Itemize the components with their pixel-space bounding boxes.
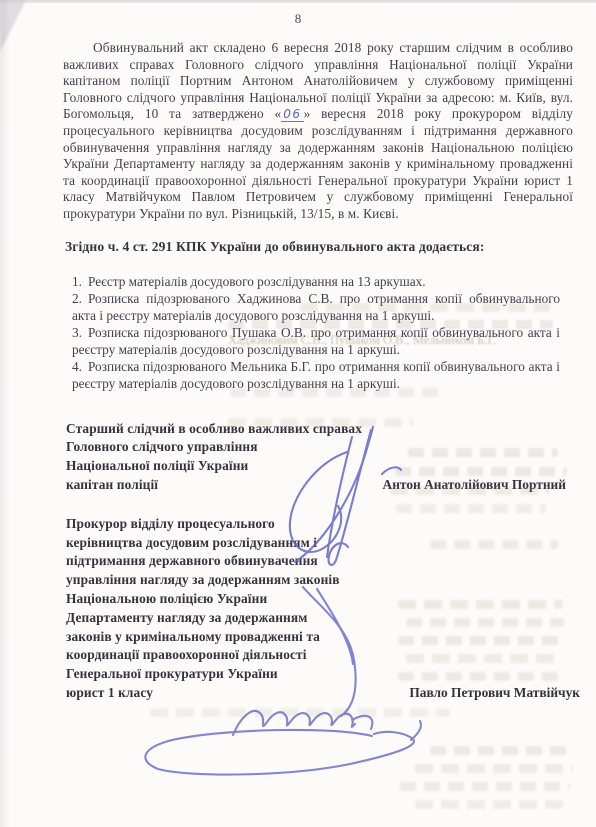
ghost-text-fragment: Хаджиновим С.В., Пушаком О.В., Мельником… <box>228 333 558 348</box>
ghost-text-smudge <box>396 504 546 513</box>
signatory-block-investigator: Старший слідчий в особливо важливих спра… <box>66 420 596 495</box>
ghost-text-smudge <box>430 540 558 549</box>
ghost-text-smudge <box>406 618 564 627</box>
ghost-text-smudge <box>406 654 562 663</box>
attachment-item-number: 2. <box>72 291 88 306</box>
attachment-item-text: Реєстр матеріалів досудового розслідуван… <box>88 274 426 289</box>
body-paragraph: Обвинувальний акт складено 6 вересня 201… <box>63 40 573 223</box>
ghost-text-smudge <box>228 320 553 329</box>
ghost-text-smudge <box>415 800 563 809</box>
ghost-text-smudge <box>400 782 570 791</box>
handwritten-date: 06 <box>281 107 303 122</box>
ghost-text-smudge <box>395 467 567 476</box>
scan-left-shadow <box>0 0 10 827</box>
attachment-item-number: 4. <box>72 359 88 374</box>
ghost-text-smudge <box>390 486 550 495</box>
ghost-text-smudge <box>398 600 563 609</box>
signatory-title-line: підтримання державного обвинувачення <box>66 552 596 571</box>
ghost-text-smudge <box>230 388 440 397</box>
attachment-item-number: 1. <box>72 274 88 289</box>
signatory-title-line: Прокурор відділу процесуального <box>66 515 596 534</box>
signatory-title-line: юрист 1 класу <box>66 684 153 703</box>
signatory-title-line: капітан поліції <box>66 476 158 495</box>
ghost-text-smudge <box>408 448 558 457</box>
page-number: 8 <box>0 11 596 27</box>
ghost-text-smudge <box>300 303 550 312</box>
scan-top-edge <box>0 0 596 3</box>
signatory-name-matviichuk: Павло Петрович Матвійчук <box>409 685 580 701</box>
attachment-item: 4.Розписка підозрюваного Мельника Б.Г. п… <box>72 358 560 392</box>
ghost-text-smudge <box>398 636 566 645</box>
ghost-text-smudge <box>228 418 413 427</box>
paragraph-text-after-date: » вересня 2018 року прокурором відділу п… <box>63 106 573 221</box>
attachment-item: 1.Реєстр матеріалів досудового розслідув… <box>72 273 560 290</box>
ghost-text-smudge <box>150 708 450 717</box>
ghost-text-smudge <box>430 746 570 755</box>
attachment-item-text: Розписка підозрюваного Мельника Б.Г. про… <box>72 359 560 391</box>
attachment-item-number: 3. <box>72 325 88 340</box>
attachments-heading: Згідно ч. 4 ст. 291 КПК України до обвин… <box>65 239 566 255</box>
ghost-text-smudge <box>415 764 573 773</box>
signatory-title-line: управління нагляду за додержанням законі… <box>66 571 596 590</box>
ghost-text-smudge <box>398 672 564 681</box>
